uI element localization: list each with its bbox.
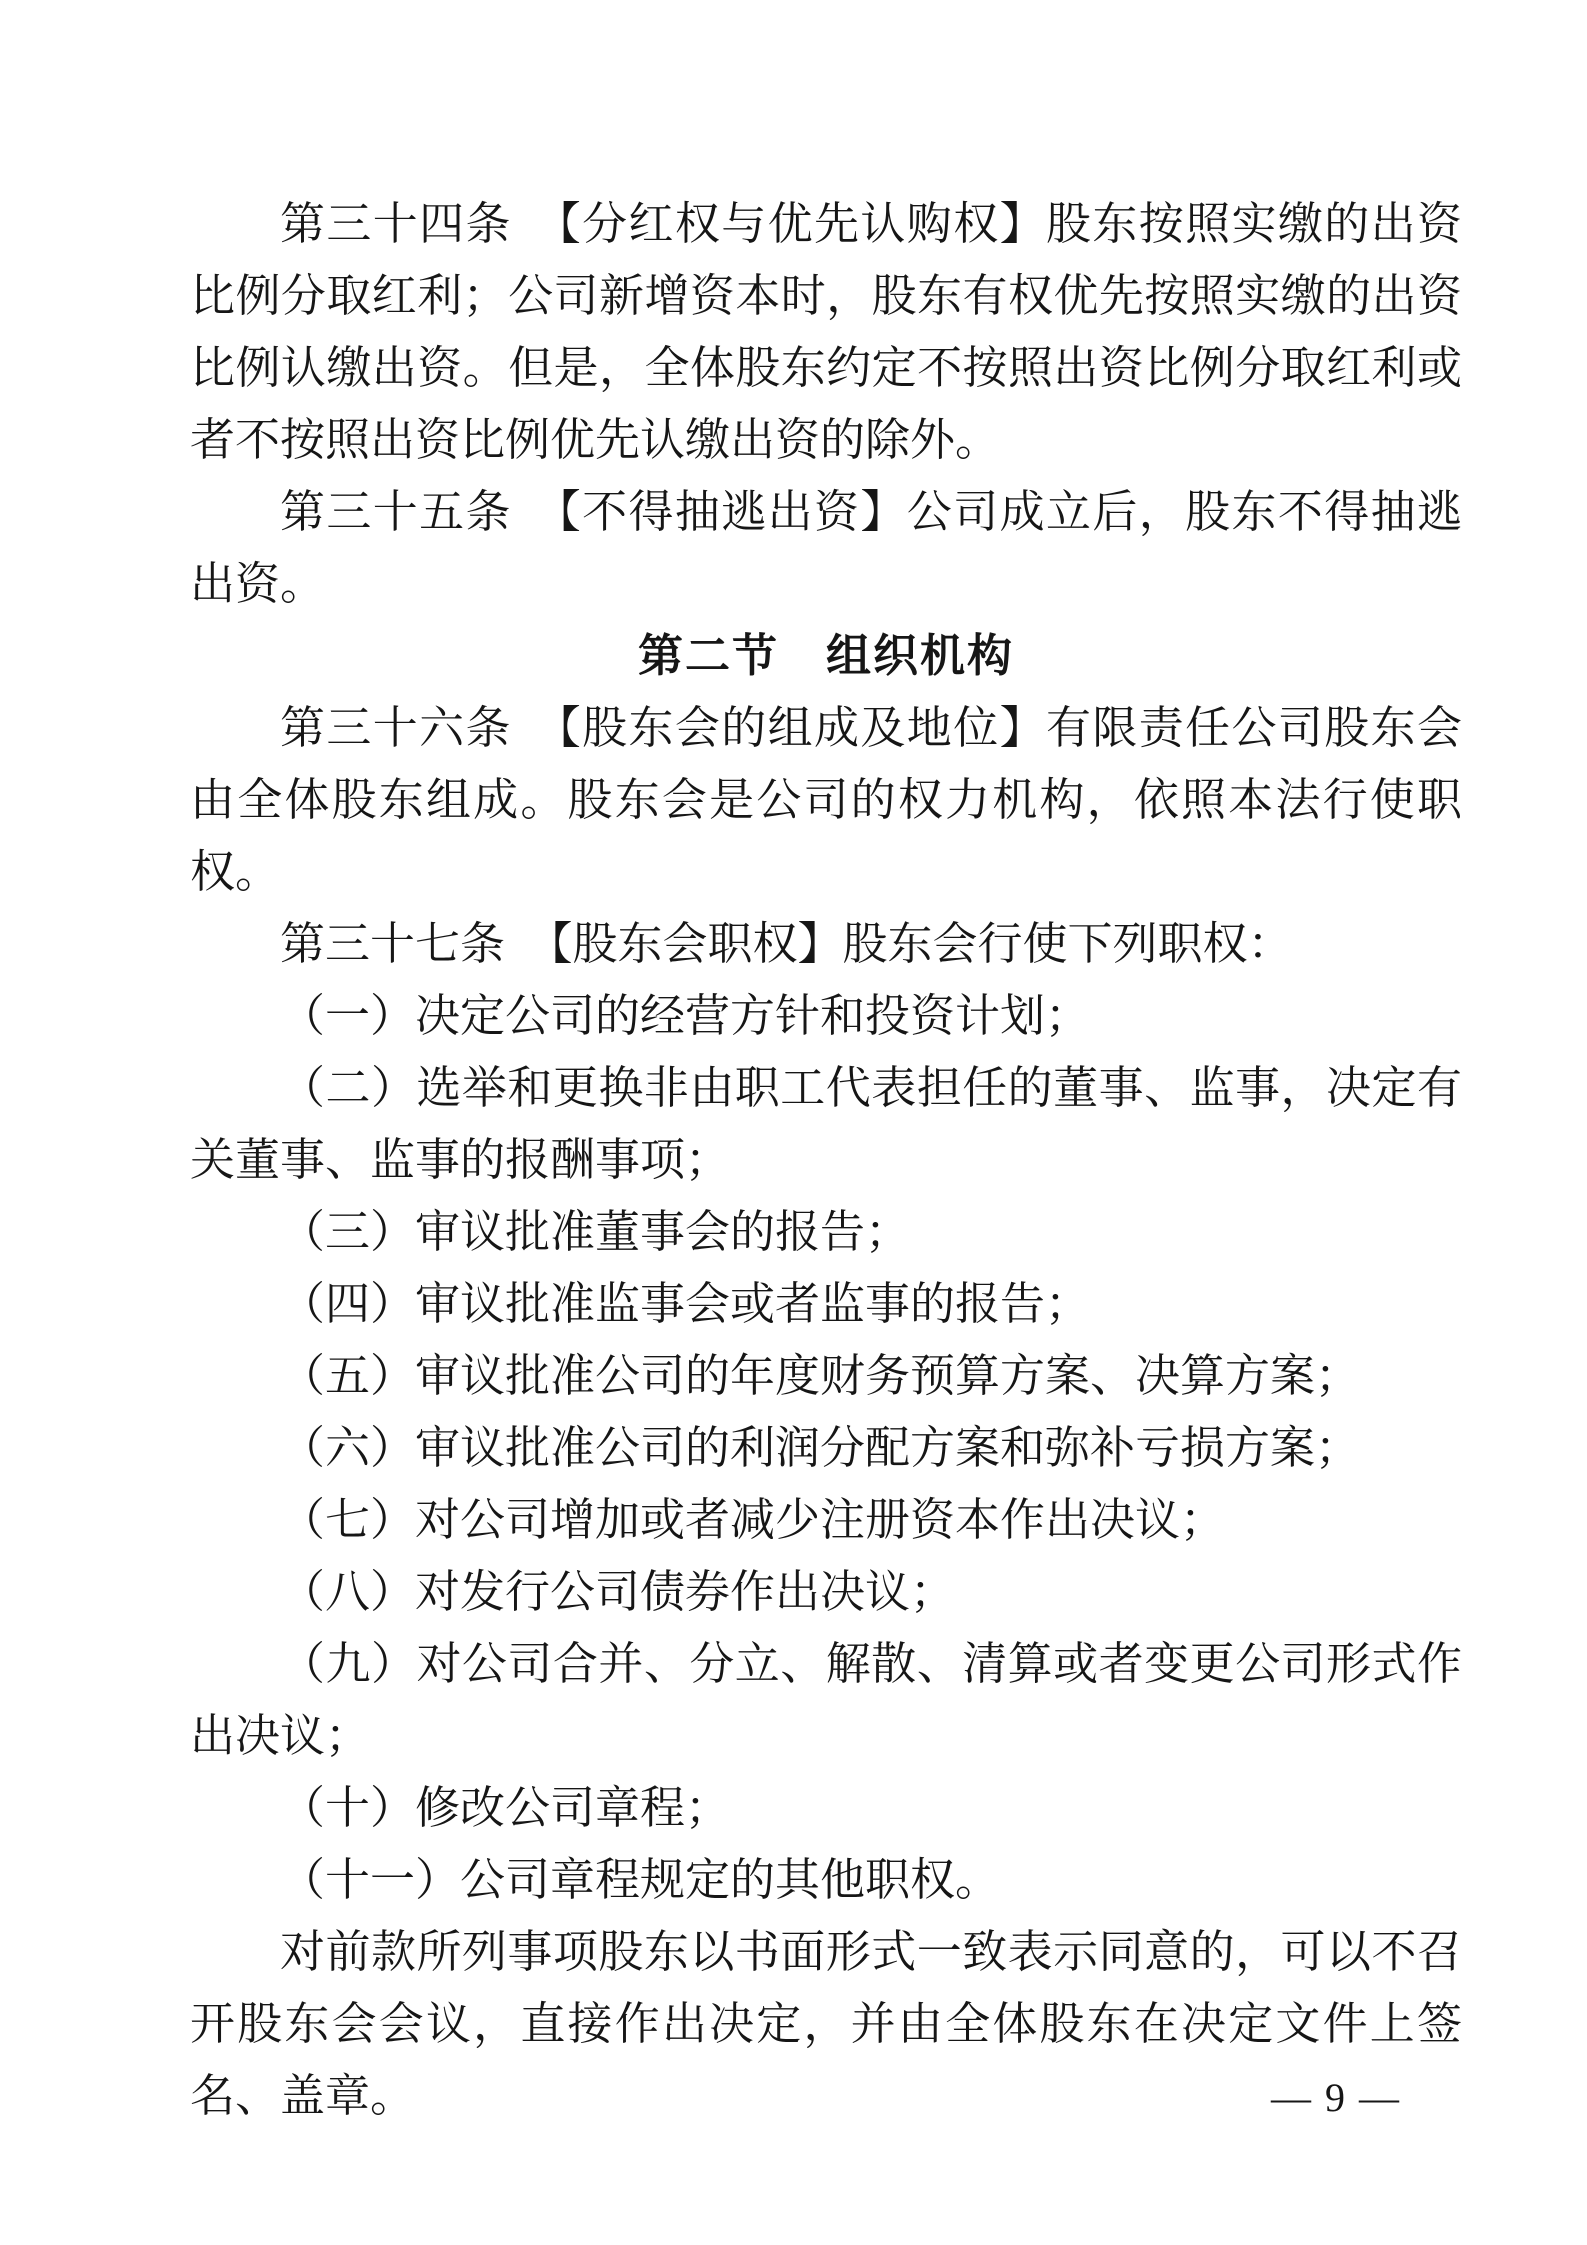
- paragraph: （十）修改公司章程；: [190, 1772, 1462, 1844]
- document-page: 第三十四条 【分红权与优先认购权】股东按照实缴的出资比例分取红利；公司新增资本时…: [0, 0, 1587, 2245]
- paragraph: （一）决定公司的经营方针和投资计划；: [190, 980, 1462, 1052]
- page-number: — 9 —: [1271, 2076, 1401, 2120]
- paragraph: 第三十四条 【分红权与优先认购权】股东按照实缴的出资比例分取红利；公司新增资本时…: [190, 188, 1462, 476]
- paragraph: 第三十七条 【股东会职权】股东会行使下列职权：: [190, 908, 1462, 980]
- paragraph: （十一）公司章程规定的其他职权。: [190, 1844, 1462, 1916]
- paragraph: （九）对公司合并、分立、解散、清算或者变更公司形式作出决议；: [190, 1628, 1462, 1772]
- paragraph: 第三十五条 【不得抽逃出资】公司成立后，股东不得抽逃出资。: [190, 476, 1462, 620]
- document-body: 第三十四条 【分红权与优先认购权】股东按照实缴的出资比例分取红利；公司新增资本时…: [190, 188, 1462, 2132]
- paragraph: （三）审议批准董事会的报告；: [190, 1196, 1462, 1268]
- paragraph: （二）选举和更换非由职工代表担任的董事、监事，决定有关董事、监事的报酬事项；: [190, 1052, 1462, 1196]
- paragraph: （六）审议批准公司的利润分配方案和弥补亏损方案；: [190, 1412, 1462, 1484]
- paragraph: （七）对公司增加或者减少注册资本作出决议；: [190, 1484, 1462, 1556]
- paragraph: 第三十六条 【股东会的组成及地位】有限责任公司股东会由全体股东组成。股东会是公司…: [190, 692, 1462, 908]
- paragraph: （五）审议批准公司的年度财务预算方案、决算方案；: [190, 1340, 1462, 1412]
- section-heading: 第二节 组织机构: [190, 620, 1462, 692]
- paragraph: （八）对发行公司债券作出决议；: [190, 1556, 1462, 1628]
- paragraph: （四）审议批准监事会或者监事的报告；: [190, 1268, 1462, 1340]
